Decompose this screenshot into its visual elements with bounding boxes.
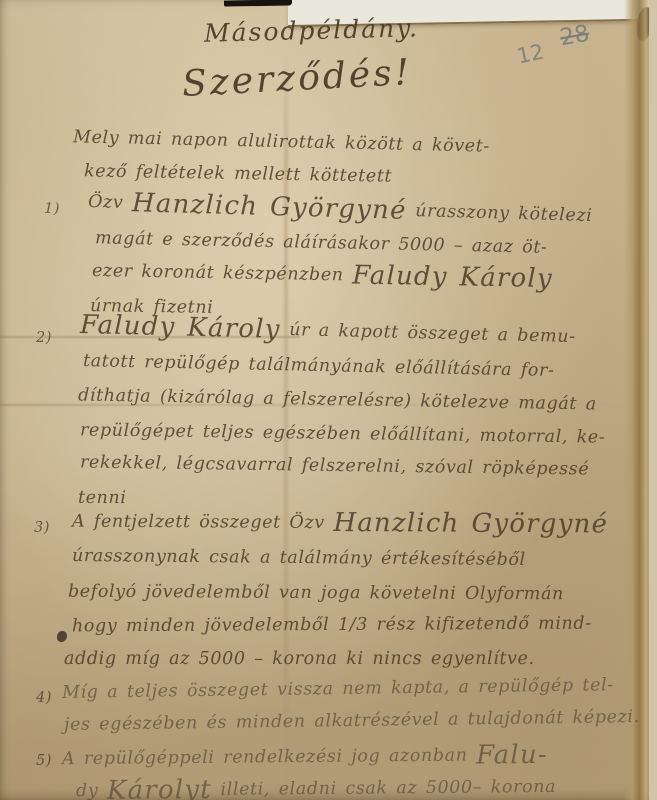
contract-line: A repülőgéppeli rendelkezési jog azonban…: [62, 742, 548, 772]
line-text: dy: [76, 781, 107, 800]
contract-line: tatott repülőgép találmányának előállítá…: [83, 353, 555, 380]
line-text: rekekkel, légcsavarral felszerelni, szóv…: [80, 452, 589, 479]
line-text: befolyó jövedelemből van joga követelni …: [68, 582, 564, 605]
item-marker: 4): [36, 690, 52, 706]
contract-line: Míg a teljes összeget vissza nem kapta, …: [62, 677, 614, 702]
underlying-sheet: [649, 0, 657, 800]
contract-line: ezer koronát készpénzben Faludy Károly: [92, 258, 553, 292]
line-text: Özv: [88, 192, 132, 213]
line-text: magát e szerződés aláírásakor 5000 – aza…: [95, 228, 548, 257]
line-text: jes egészében és minden alkatrészével a …: [64, 707, 640, 735]
page-right-edge: [624, 0, 652, 800]
contract-line: repülőgépet teljes egészében előállítani…: [80, 422, 606, 447]
cutoff-print-fragment: [224, 0, 292, 7]
line-text: úrasszonynak csak a találmány értékesíté…: [72, 546, 526, 570]
line-text: Mely mai napon alulirottak között a köve…: [73, 127, 490, 156]
contract-line: hogy minden jövedelemből 1/3 rész kifize…: [72, 616, 592, 636]
line-text: tatott repülőgép találmányának előállítá…: [83, 351, 555, 381]
item-marker: 1): [44, 201, 60, 218]
item-marker: 5): [36, 753, 52, 769]
line-text: hogy minden jövedelemből 1/3 rész kifize…: [72, 614, 592, 637]
emphasized-name: Károlyt: [107, 775, 212, 800]
line-text: repülőgépet teljes egészében előállítani…: [80, 420, 606, 447]
copy-label: Másodpéldány.: [204, 13, 420, 48]
line-text: tenni: [78, 488, 127, 508]
item-marker: 2): [36, 330, 52, 346]
line-text: illeti, eladni csak az 5000– korona: [212, 777, 556, 800]
pencil-page-number-struck: 28: [558, 21, 591, 52]
item-marker: 3): [34, 520, 50, 536]
contract-line: díthatja (kizárólag a felszerelésre) köt…: [78, 387, 597, 414]
emphasized-name: Falu-: [476, 740, 548, 771]
contract-line: rekekkel, légcsavarral felszerelni, szóv…: [80, 454, 589, 479]
document-photo: 12 28 Másodpéldány. Szerződés! Mely mai …: [0, 0, 657, 800]
emphasized-name: Faludy Károly: [80, 310, 281, 345]
line-text: ezer koronát készpénzben: [92, 261, 353, 286]
line-text: úr a kapott összeget a bemu-: [280, 320, 576, 347]
contract-line: Özv Hanzlich Györgyné úrasszony kötelezi: [88, 189, 593, 229]
emphasized-name: Hanzlich Györgyné: [333, 508, 608, 539]
emphasized-name: Hanzlich Györgyné: [132, 188, 407, 226]
intro-line: Mely mai napon alulirottak között a köve…: [73, 129, 490, 156]
intro-line: kező feltételek mellett köttetett: [84, 163, 392, 186]
contract-line: A fentjelzett összeget Özv Hanzlich Györ…: [72, 509, 608, 538]
emphasized-name: Faludy Károly: [352, 261, 553, 294]
contract-line: Faludy Károly úr a kapott összeget a bem…: [80, 312, 576, 350]
line-text: A repülőgéppeli rendelkezési jog azonban: [62, 746, 476, 770]
line-text: úrasszony kötelezi: [406, 201, 592, 226]
page-title: Szerződés!: [181, 52, 413, 105]
contract-line: dy Károlyt illeti, eladni csak az 5000– …: [76, 774, 556, 800]
contract-line: tenni: [78, 490, 127, 508]
line-text: Míg a teljes összeget vissza nem kapta, …: [62, 675, 614, 703]
line-text: addig míg az 5000 – korona ki nincs egye…: [64, 649, 535, 669]
line-text: kező feltételek mellett köttetett: [84, 161, 392, 186]
contract-line: befolyó jövedelemből van joga követelni …: [68, 584, 564, 604]
pencil-page-number: 12: [515, 39, 546, 68]
contract-line: jes egészében és minden alkatrészével a …: [64, 709, 640, 735]
line-text: A fentjelzett összeget Özv: [72, 512, 333, 533]
ink-spot: [57, 631, 67, 642]
contract-line: úrasszonynak csak a találmány értékesíté…: [72, 548, 526, 569]
contract-line: addig míg az 5000 – korona ki nincs egye…: [64, 651, 535, 669]
contract-line: magát e szerződés aláírásakor 5000 – aza…: [95, 230, 548, 257]
line-text: díthatja (kizárólag a felszerelésre) köt…: [78, 385, 597, 414]
